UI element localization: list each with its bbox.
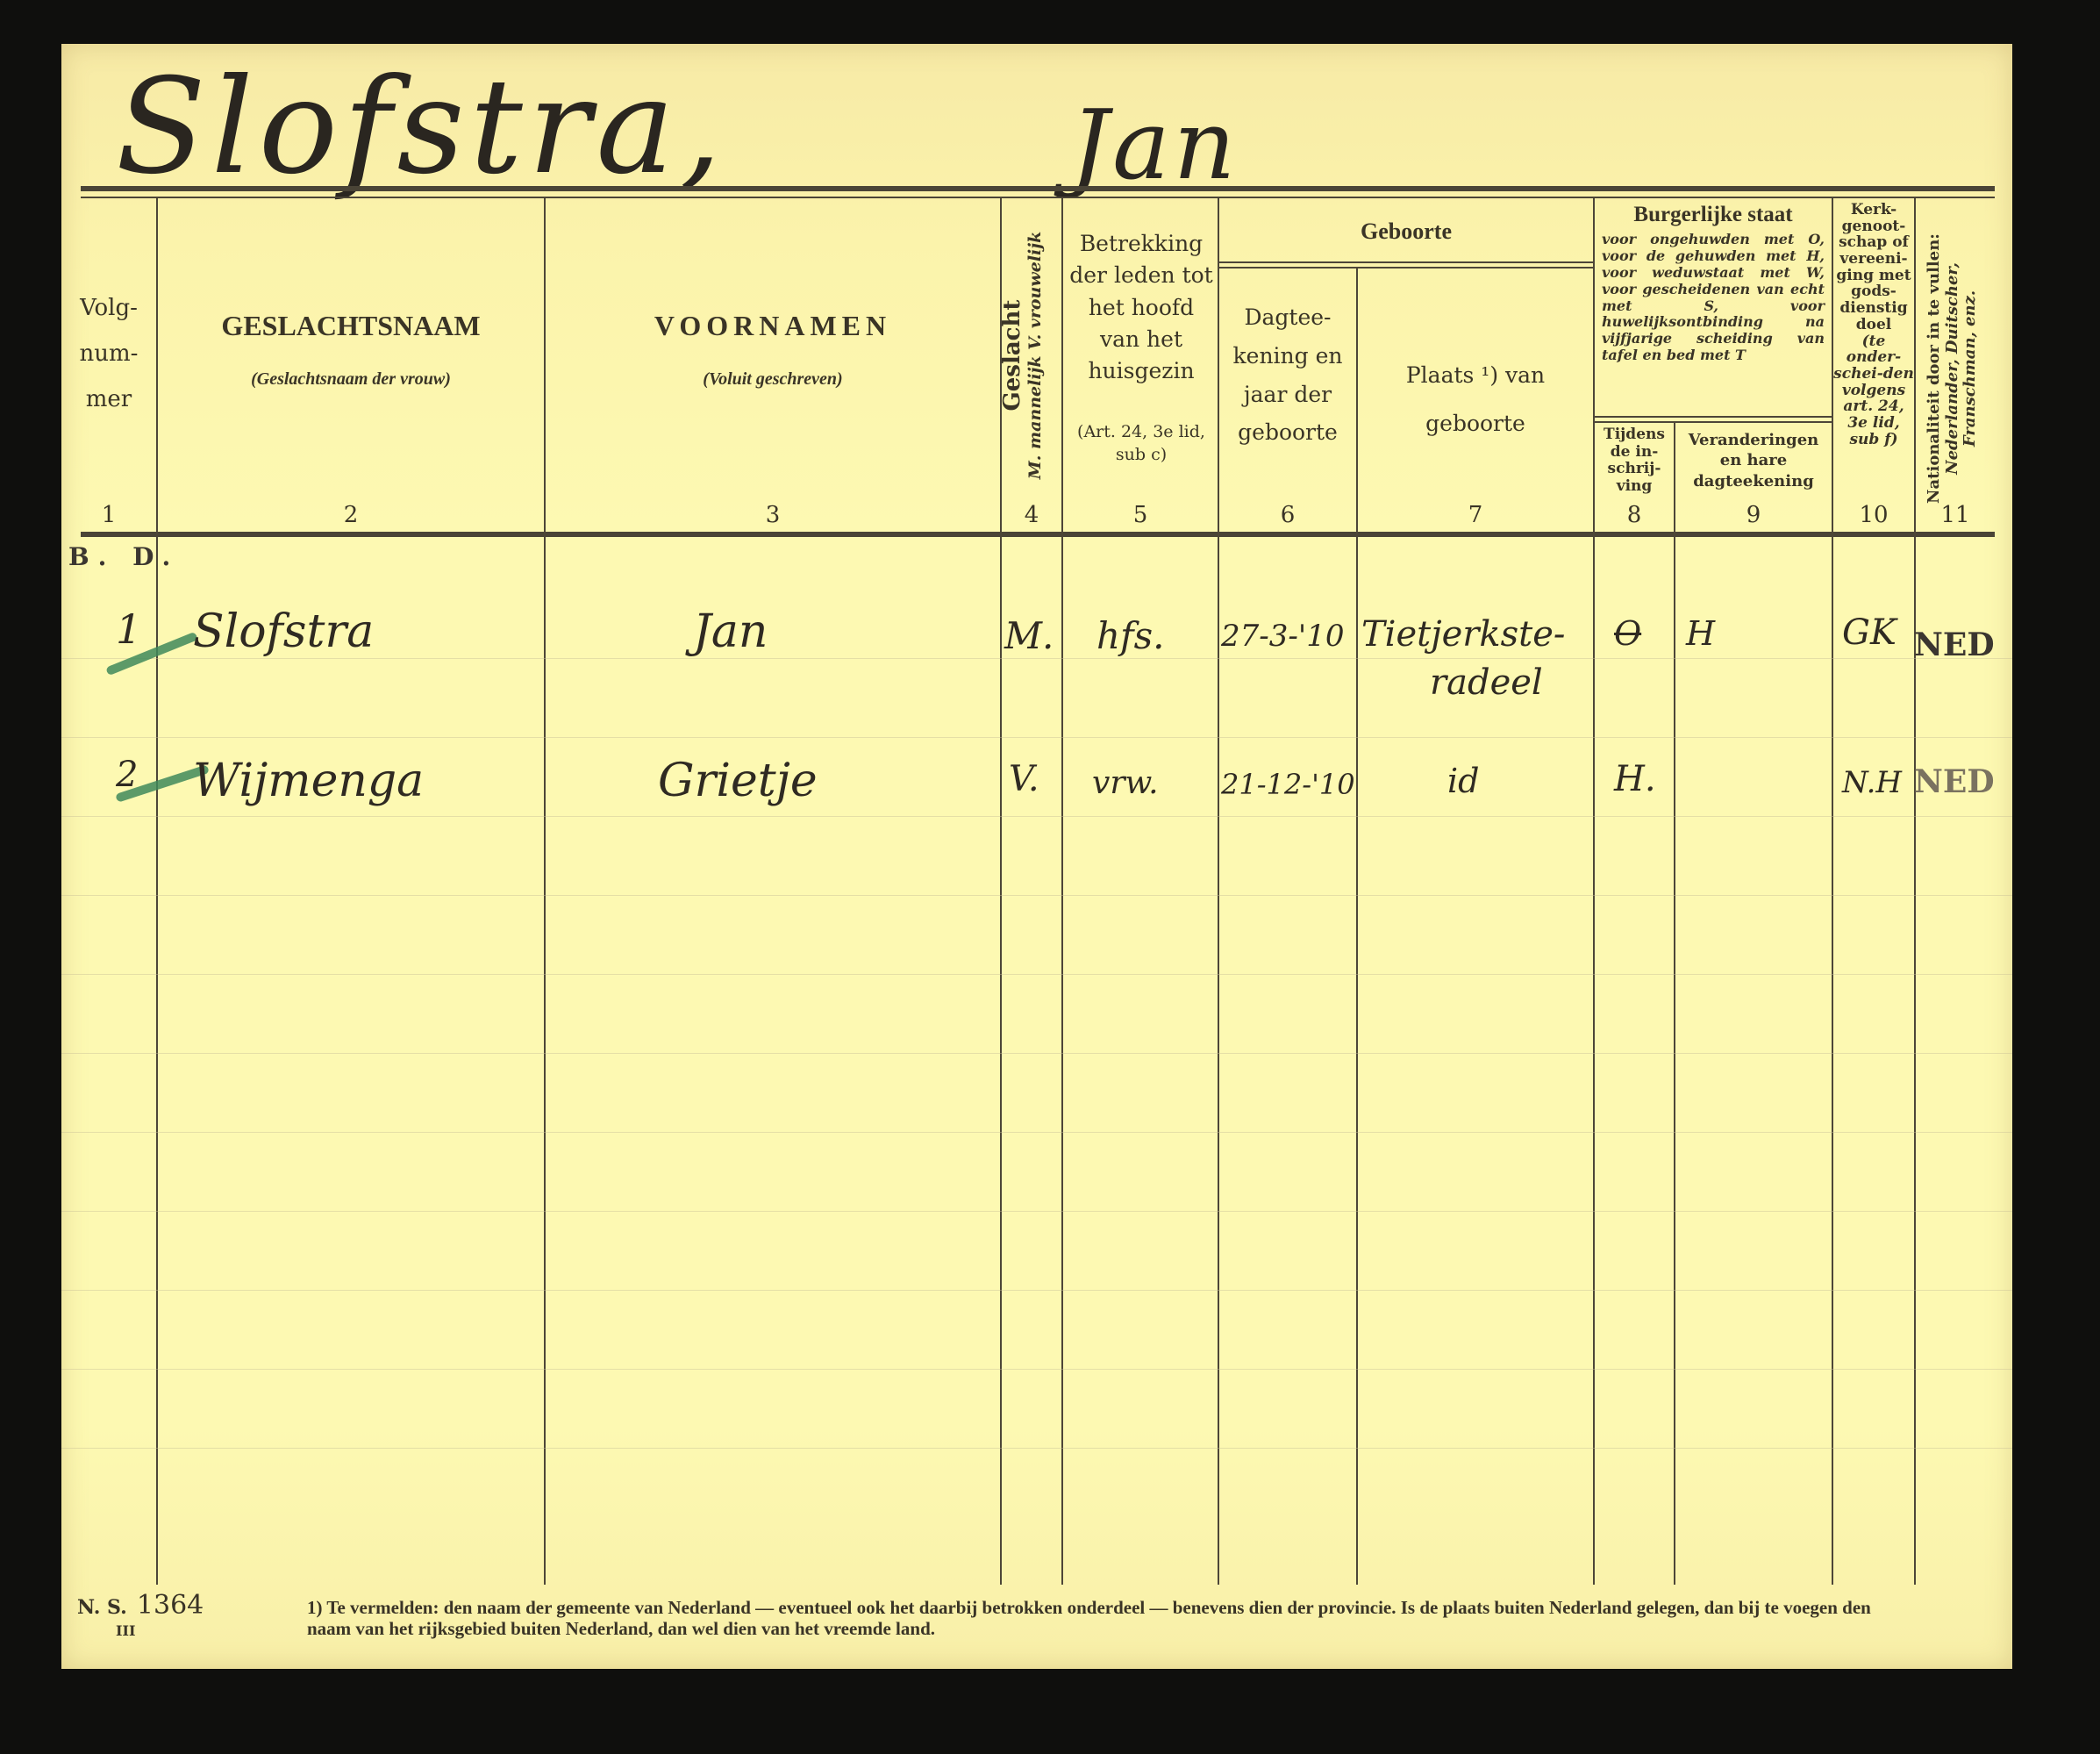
header-kerkgenootschap-note: (te onder-schei-den volgens art. 24, 3e … bbox=[1833, 333, 1914, 448]
ruled-line bbox=[61, 1211, 2012, 1212]
row-geboorteplaats-line2: radeel bbox=[1430, 662, 1543, 703]
column-divider bbox=[1593, 198, 1595, 1585]
column-divider bbox=[156, 198, 158, 1585]
row-voornamen: Grietje bbox=[658, 755, 818, 807]
row-betrekking: vrw. bbox=[1092, 765, 1159, 801]
header-geslachtsnaam-note: (Geslachtsnaam der vrouw) bbox=[158, 369, 544, 390]
header-volgnummer: Volg- num- mer bbox=[61, 285, 156, 422]
card-title-given-name: Jan bbox=[1070, 97, 1239, 193]
column-number: 5 bbox=[1063, 502, 1218, 528]
row-geslachtsnaam: Wijmenga bbox=[193, 755, 424, 807]
row-geslacht: V. bbox=[1009, 759, 1039, 799]
row-geboorteplaats-line1: Tietjerkste- bbox=[1361, 614, 1565, 655]
ruled-line bbox=[61, 737, 2012, 738]
header-kerkgenootschap-label: Kerk-genoot-schap of vereeni-ging met go… bbox=[1833, 202, 1914, 333]
row-geboortedatum: 21-12-'10 bbox=[1221, 768, 1355, 801]
form-number: 1364 bbox=[137, 1590, 204, 1621]
burgerlijke-staat-subrule bbox=[1595, 421, 1832, 423]
column-number: 10 bbox=[1833, 502, 1914, 528]
geboorte-subrule bbox=[1219, 261, 1593, 263]
header-geboorte-group: Geboorte bbox=[1219, 218, 1593, 245]
ruled-line bbox=[61, 895, 2012, 896]
row-staat-inschrijving: O bbox=[1614, 614, 1641, 653]
column-divider bbox=[1061, 198, 1063, 1585]
ruled-line bbox=[61, 1369, 2012, 1370]
burgerlijke-staat-subrule bbox=[1595, 416, 1832, 418]
row-geboortedatum: 27-3-'10 bbox=[1221, 619, 1344, 654]
header-burgerlijke-staat-note: voor ongehuwden met O, voor de gehuwden … bbox=[1602, 232, 1825, 364]
ruled-line bbox=[61, 1448, 2012, 1449]
ruled-line bbox=[61, 1053, 2012, 1054]
form-sub: III bbox=[116, 1622, 204, 1639]
ruled-line bbox=[61, 816, 2012, 817]
header-nationaliteit: Nationaliteit door in te vullen: Nederla… bbox=[1925, 224, 1996, 513]
column-divider bbox=[1218, 198, 1219, 1585]
column-number: 9 bbox=[1675, 502, 1832, 528]
column-number: 3 bbox=[546, 502, 1000, 528]
form-identifier: N. S. 1364 III bbox=[77, 1590, 204, 1639]
column-number: 6 bbox=[1219, 502, 1356, 528]
row-veranderingen: H bbox=[1686, 614, 1715, 653]
header-kerkgenootschap: Kerk-genoot-schap of vereeni-ging met go… bbox=[1833, 202, 1914, 447]
header-voornamen: VOORNAMEN bbox=[546, 309, 1000, 342]
header-betrekking-note: (Art. 24, 3e lid, sub c) bbox=[1066, 421, 1217, 466]
header-betrekking: Betrekking der leden tot het hoofd van h… bbox=[1066, 228, 1217, 387]
header-staat-inschrijving: Tijdens de in-schrij-ving bbox=[1595, 426, 1674, 495]
footnote: 1) Te vermelden: den naam der gemeente v… bbox=[307, 1597, 1904, 1639]
header-geboortedatum: Dagtee-kening en jaar der geboorte bbox=[1221, 298, 1354, 452]
column-number: 4 bbox=[1002, 502, 1061, 528]
column-divider bbox=[1356, 268, 1358, 1585]
header-top-rule bbox=[81, 186, 1995, 191]
ruled-line bbox=[61, 974, 2012, 975]
ruled-line bbox=[61, 658, 2012, 659]
row-staat-inschrijving: H. bbox=[1614, 759, 1656, 799]
column-divider bbox=[1674, 421, 1675, 1585]
header-burgerlijke-staat-group: Burgerlijke staat bbox=[1596, 202, 1830, 228]
column-number: 1 bbox=[61, 502, 156, 528]
geboorte-subrule bbox=[1219, 267, 1593, 268]
header-nationaliteit-label: Nationaliteit door in te vullen: bbox=[1925, 224, 1944, 513]
header-veranderingen: Veranderingen en hare dagteekening bbox=[1675, 430, 1832, 491]
row-geslachtsnaam: Slofstra bbox=[193, 605, 374, 658]
form-code: N. S. bbox=[77, 1596, 127, 1619]
row-nationaliteit-stamp: NED bbox=[1914, 763, 1995, 800]
margin-code: B. D. bbox=[68, 542, 179, 571]
header-voornamen-note: (Voluit geschreven) bbox=[546, 369, 1000, 390]
row-volgnummer: 1 bbox=[116, 605, 141, 653]
ruled-line bbox=[61, 1132, 2012, 1133]
row-geboorteplaats: id bbox=[1447, 762, 1479, 800]
row-betrekking: hfs. bbox=[1096, 614, 1165, 657]
column-number: 11 bbox=[1916, 502, 1995, 528]
column-number: 2 bbox=[158, 502, 544, 528]
header-top-rule-thin bbox=[81, 197, 1995, 198]
column-divider bbox=[544, 198, 546, 1585]
card-title-surname: Slofstra, bbox=[116, 61, 727, 193]
column-divider bbox=[1914, 198, 1916, 1585]
header-geslacht: Geslacht M. mannelijk V. vrouwelijk bbox=[1000, 224, 1061, 487]
header-geslacht-note: M. mannelijk V. vrouwelijk bbox=[1026, 224, 1046, 487]
header-nationaliteit-note: Nederlander, Duitscher, Franschman, enz. bbox=[1944, 224, 1980, 513]
header-geboorteplaats: Plaats ¹) van geboorte bbox=[1358, 351, 1593, 447]
row-nationaliteit-stamp: NED bbox=[1914, 626, 1995, 663]
column-number: 8 bbox=[1595, 502, 1674, 528]
column-number: 7 bbox=[1358, 502, 1593, 528]
header-geslachtsnaam: GESLACHTSNAAM bbox=[158, 309, 544, 342]
population-register-card: Slofstra, Jan Volg- num- mer GESLACHTSNA… bbox=[61, 44, 2012, 1669]
ruled-line bbox=[61, 1290, 2012, 1291]
row-voornamen: Jan bbox=[693, 605, 768, 658]
row-kerkgenootschap: GK bbox=[1842, 612, 1896, 653]
header-bottom-rule bbox=[81, 532, 1995, 537]
row-geslacht: M. bbox=[1004, 614, 1054, 657]
header-geslacht-label: Geslacht bbox=[1000, 224, 1026, 487]
row-kerkgenootschap: N.H bbox=[1842, 765, 1902, 800]
